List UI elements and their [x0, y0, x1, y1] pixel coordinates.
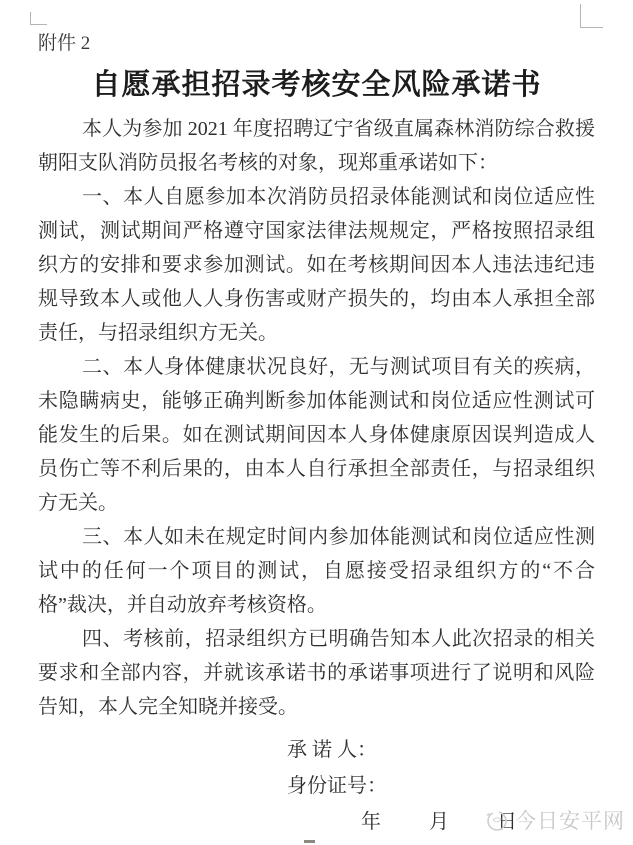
paragraph-clause-4: 四、考核前，招录组织方已明确告知本人此次招录的相关要求和全部内容，并就该承诺书的…	[38, 622, 595, 724]
paragraph-intro: 本人为参加 2021 年度招聘辽宁省级直属森林消防综合救援朝阳支队消防员报名考核…	[38, 112, 595, 180]
paragraph-clause-1: 一、本人自愿参加本次消防员招录体能测试和岗位适应性测试，测试期间严格遵守国家法律…	[38, 180, 595, 350]
watermark-text: 今日安平网	[515, 809, 625, 833]
date-month-label: 月	[429, 804, 449, 840]
margin-crop-mark-top-right	[580, 4, 603, 28]
margin-crop-mark-top-left	[30, 12, 47, 25]
document-body: 本人为参加 2021 年度招聘辽宁省级直属森林消防综合救援朝阳支队消防员报名考核…	[38, 112, 595, 724]
document-title: 自愿承担招录考核安全风险承诺书	[0, 66, 633, 104]
promiser-signature-label: 承 诺 人：	[287, 732, 633, 768]
attachment-label: 附件 2	[38, 30, 633, 58]
page-number-fragment	[304, 840, 315, 843]
date-year-label: 年	[361, 804, 381, 840]
paragraph-clause-2: 二、本人身体健康状况良好，无与测试项目有关的疾病，未隐瞒病史，能够正确判断参加体…	[38, 350, 595, 520]
dove-logo-icon	[482, 807, 510, 835]
id-number-label: 身份证号：	[287, 768, 633, 804]
paragraph-clause-3: 三、本人如未在规定时间内参加体能测试和岗位适应性测试中的任何一个项目的测试，自愿…	[38, 520, 595, 622]
watermark: 今日安平网	[482, 807, 625, 835]
document-page: 附件 2 自愿承担招录考核安全风险承诺书 本人为参加 2021 年度招聘辽宁省级…	[0, 0, 633, 845]
